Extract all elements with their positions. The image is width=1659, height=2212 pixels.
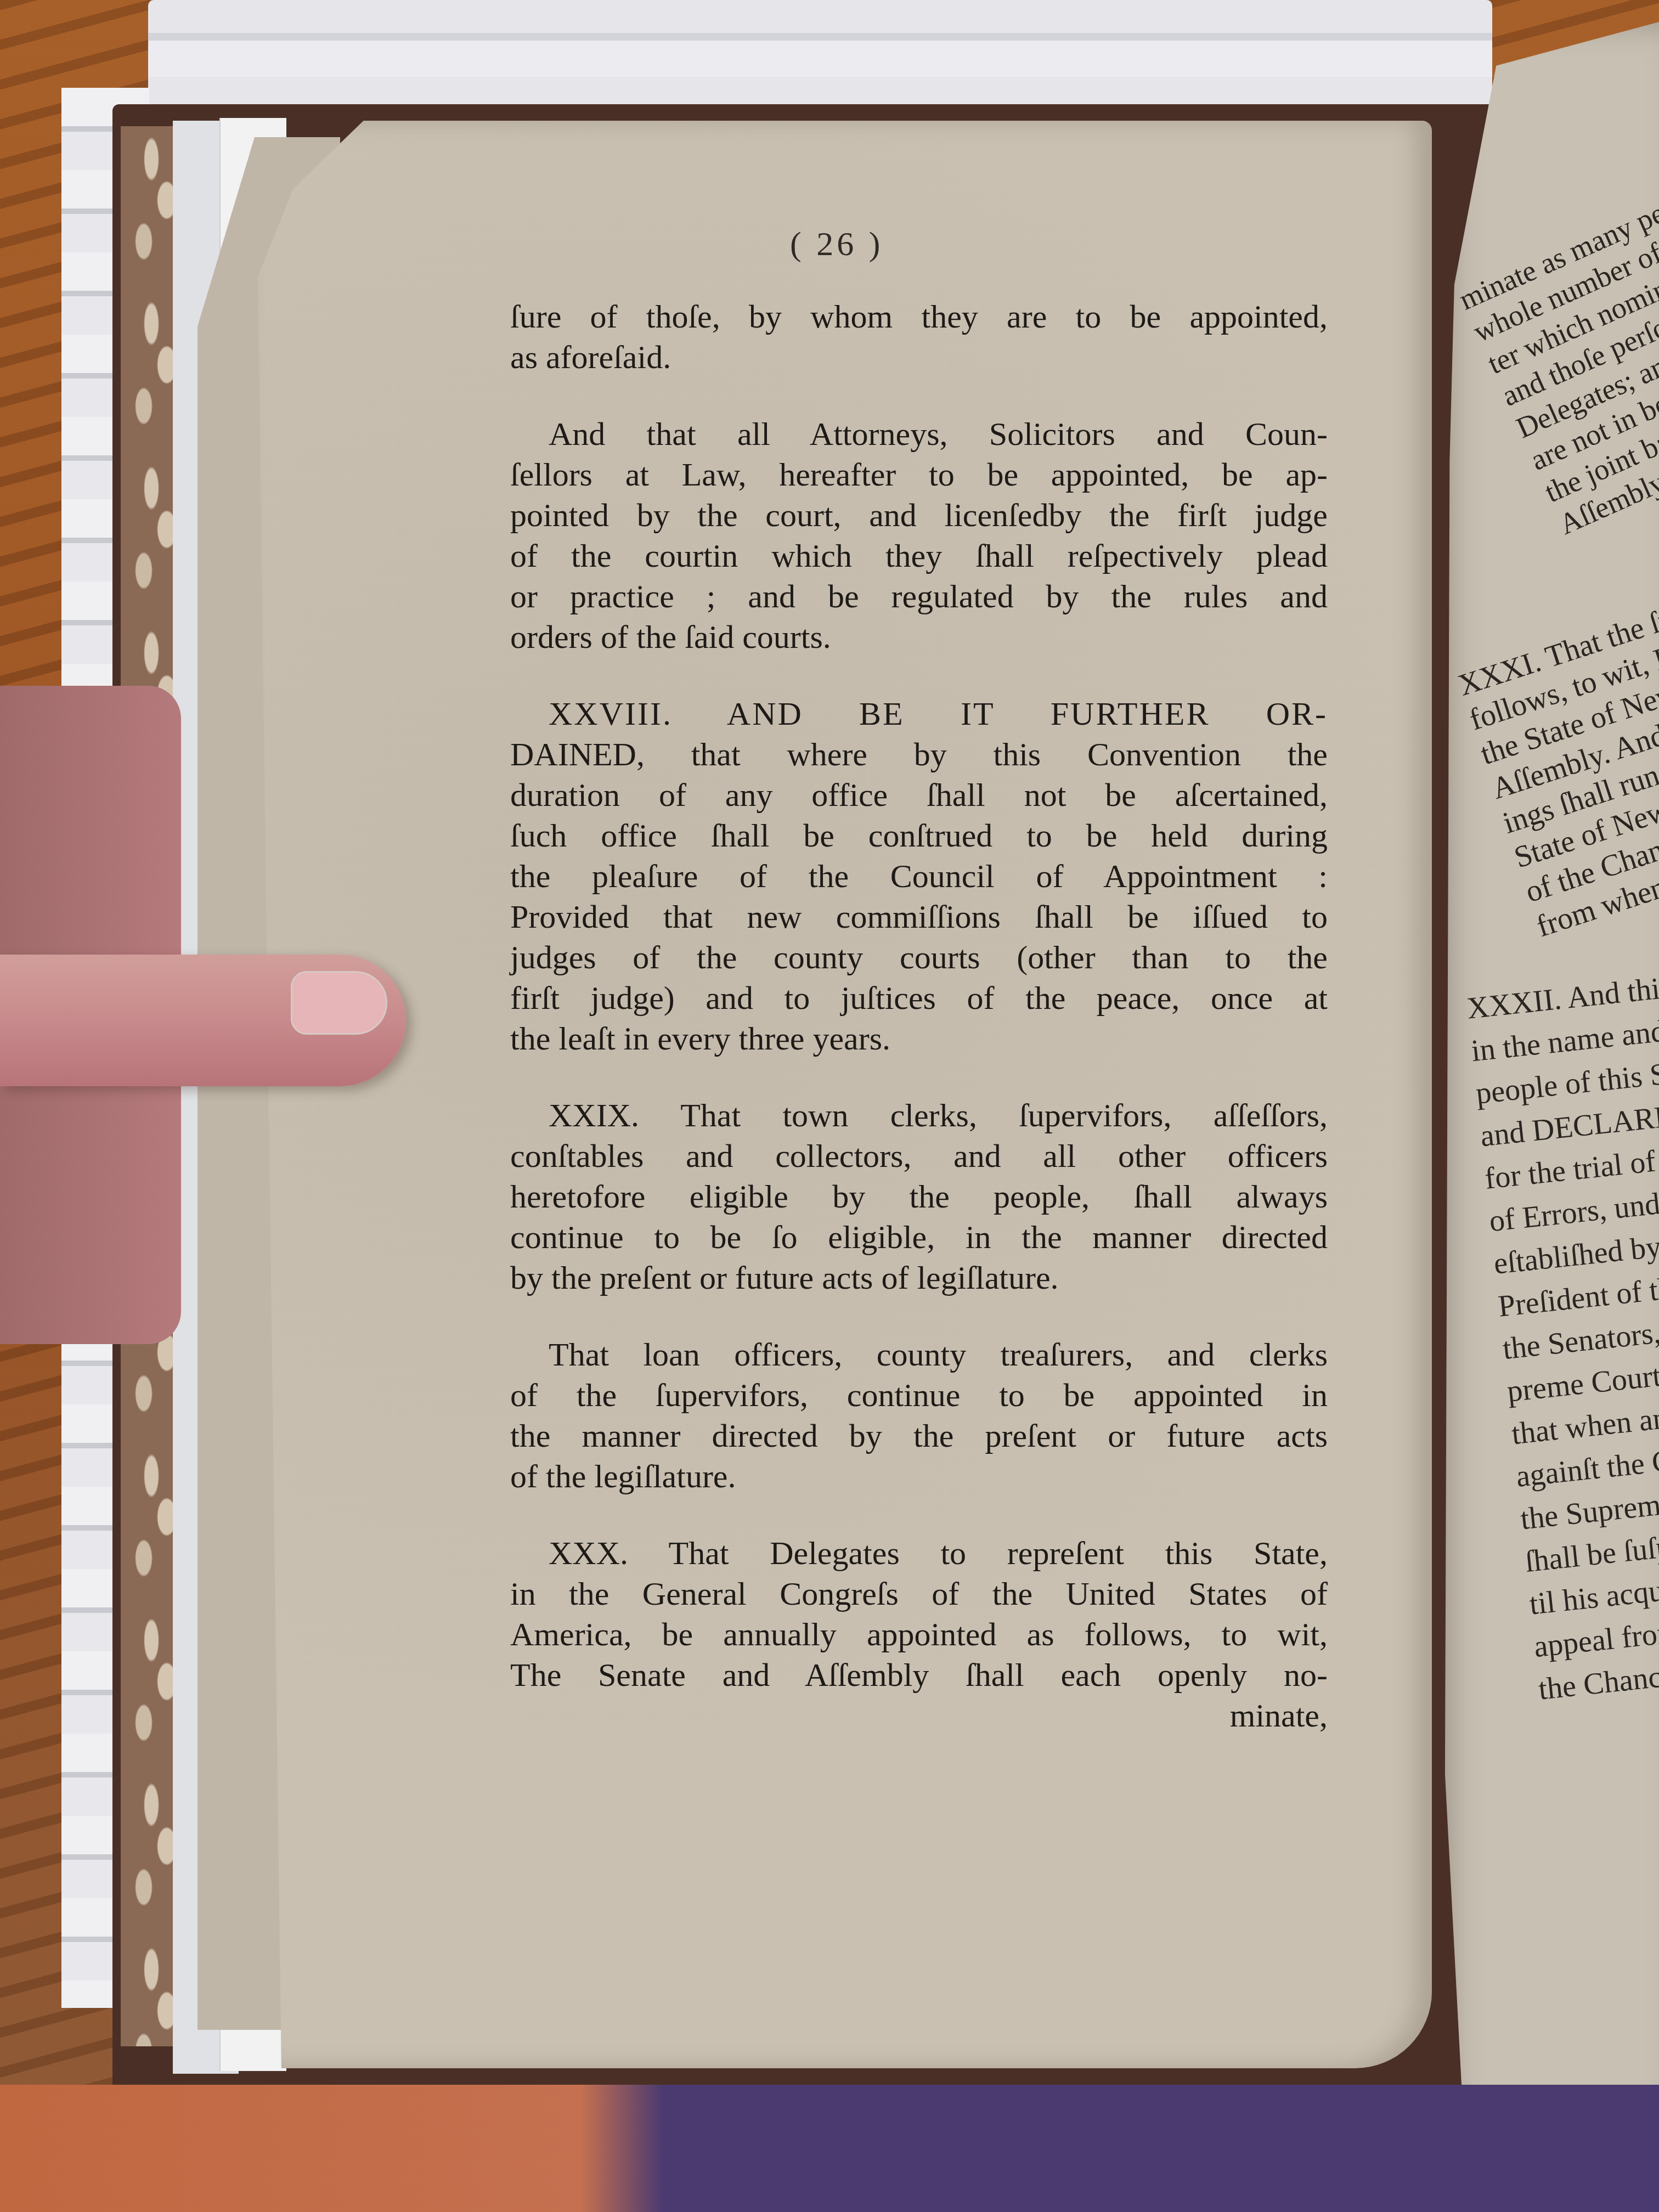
text-line: DAINED, that where by this Convention th… [510, 734, 1328, 775]
text-line: or practice ; and be regulated by the ru… [510, 576, 1328, 617]
text-line: The Senate and Aſſembly ſhall each openl… [510, 1655, 1328, 1695]
text-line: of the courtin which they ſhall reſpecti… [510, 535, 1328, 576]
article-heading: XXX. That Delegates to repreſent this St… [510, 1533, 1328, 1573]
text-line: America, be annually appointed as follow… [510, 1614, 1328, 1655]
left-page-text: ſure of thoſe, by whom they are to be ap… [510, 296, 1328, 1736]
text-line: of the legiſlature. [510, 1456, 1328, 1497]
text-line: the leaſt in every three years. [510, 1018, 1328, 1059]
text-line: conſtables and collectors, and all other… [510, 1136, 1328, 1176]
text-line: continue to be ſo eligible, in the manne… [510, 1217, 1328, 1257]
text-line: the pleaſure of the Council of Appointme… [510, 856, 1328, 896]
text-line: That loan officers, county treaſurers, a… [510, 1334, 1328, 1375]
paragraph-loan-officers: That loan officers, county treaſurers, a… [510, 1334, 1328, 1497]
text-line: ſellors at Law, hereafter to be appointe… [510, 454, 1328, 495]
text-line: Provided that new commiſſions ſhall be i… [510, 896, 1328, 937]
text-line: ſuch office ſhall be conſtrued to be hel… [510, 815, 1328, 856]
text-line: by the preſent or future acts of legiſla… [510, 1257, 1328, 1298]
article-xxviii: XXVIII. AND BE IT FURTHER OR- DAINED, th… [510, 693, 1328, 1059]
page-number: ( 26 ) [790, 225, 883, 264]
text-line: in the General Congreſs of the United St… [510, 1573, 1328, 1614]
text-line: firſt judge) and to juſtices of the peac… [510, 978, 1328, 1018]
text-line: orders of the ſaid courts. [510, 617, 1328, 657]
text-line: of the ſupervifors, continue to be appoi… [510, 1375, 1328, 1415]
article-heading: XXVIII. AND BE IT FURTHER OR- [510, 693, 1328, 734]
article-heading: XXIX. That town clerks, ſupervifors, aſſ… [510, 1095, 1328, 1136]
article-xxix: XXIX. That town clerks, ſupervifors, aſſ… [510, 1095, 1328, 1298]
text-line: ſure of thoſe, by whom they are to be ap… [510, 296, 1328, 337]
text-line: judges of the county courts (other than … [510, 937, 1328, 978]
text-line: duration of any office ſhall not be aſce… [510, 775, 1328, 815]
text-line: pointed by the court, and licenſedby the… [510, 495, 1328, 535]
article-xxx: XXX. That Delegates to repreſent this St… [510, 1533, 1328, 1736]
paragraph-continuation: ſure of thoſe, by whom they are to be ap… [510, 296, 1328, 377]
text-line: as aforeſaid. [510, 337, 1328, 377]
fingernail [291, 971, 387, 1035]
text-line: heretofore eligible by the people, ſhall… [510, 1176, 1328, 1217]
paragraph-attorneys: And that all Attorneys, Solicitors and C… [510, 414, 1328, 657]
catchword: minate, [510, 1695, 1328, 1736]
text-line: the manner directed by the preſent or fu… [510, 1415, 1328, 1456]
text-line: And that all Attorneys, Solicitors and C… [510, 414, 1328, 454]
shirt-foreground [0, 2085, 1659, 2212]
